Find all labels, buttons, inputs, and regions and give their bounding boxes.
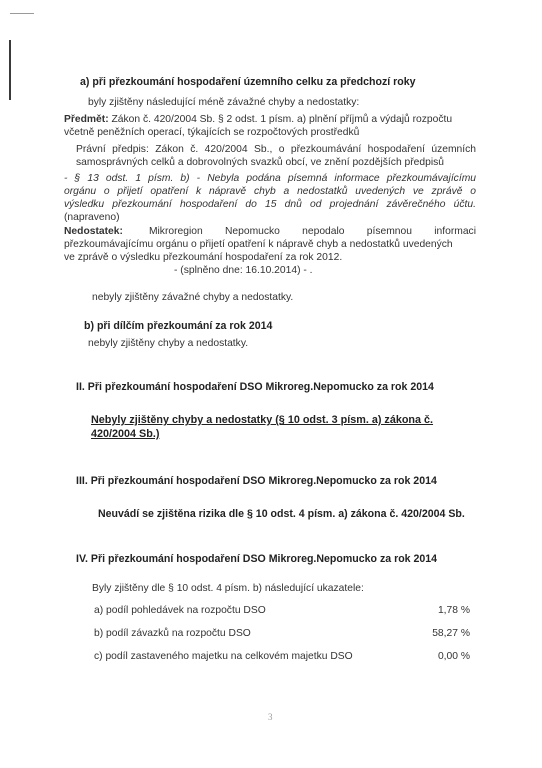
indicator-value-b: 58,27 % bbox=[410, 628, 470, 639]
section-a-intro: byly zjištěny následující méně závažné c… bbox=[88, 97, 359, 108]
section-IV-heading: IV. Při přezkoumání hospodaření DSO Mikr… bbox=[76, 553, 437, 565]
section-III-heading: III. Při přezkoumání hospodaření DSO Mik… bbox=[76, 475, 437, 487]
section-II-statement-line-1: Nebyly zjištěny chyby a nedostatky (§ 10… bbox=[91, 414, 433, 426]
indicator-label-c: c) podíl zastaveného majetku na celkovém… bbox=[94, 651, 353, 662]
section-II-statement-line-2: 420/2004 Sb.) bbox=[91, 428, 159, 440]
scan-mark-horizontal bbox=[10, 13, 34, 14]
subject-text: Zákon č. 420/2004 Sb. § 2 odst. 1 písm. … bbox=[109, 114, 452, 125]
subject-label: Předmět: bbox=[64, 114, 109, 125]
scan-mark-vertical bbox=[9, 40, 11, 100]
subject-line-1: Předmět: Zákon č. 420/2004 Sb. § 2 odst.… bbox=[64, 114, 452, 125]
fulfilled-date: - (splněno dne: 16.10.2014) - . bbox=[174, 265, 313, 276]
section-a-heading: a) při přezkoumání hospodaření územního … bbox=[80, 76, 416, 88]
subject-line-2: včetně peněžních operací, týkajících se … bbox=[64, 127, 359, 138]
deficiency-line-2: přezkoumávajícímu orgánu o přijetí opatř… bbox=[64, 239, 453, 250]
section-b-text: nebyly zjištěny chyby a nedostatky. bbox=[88, 338, 248, 349]
indicator-label-b: b) podíl závazků na rozpočtu DSO bbox=[94, 628, 251, 639]
deficiency-line-3: ve zprávě o výsledku přezkoumání hospoda… bbox=[64, 252, 342, 263]
indicator-label-a: a) podíl pohledávek na rozpočtu DSO bbox=[94, 605, 266, 616]
finding-line-3: výsledku přezkoumání hospodaření do 15 d… bbox=[64, 199, 476, 210]
section-III-statement: Neuvádí se zjištěna rizika dle § 10 odst… bbox=[98, 508, 465, 520]
deficiency-text: Mikroregion Nepomucko nepodalo písemnou … bbox=[123, 226, 476, 237]
page-number: 3 bbox=[268, 712, 273, 722]
deficiency-label: Nedostatek: bbox=[64, 226, 123, 237]
section-II-heading: II. Při přezkoumání hospodaření DSO Mikr… bbox=[76, 381, 434, 393]
deficiency-line-1: Nedostatek: Mikroregion Nepomucko nepoda… bbox=[64, 226, 476, 237]
indicator-value-a: 1,78 % bbox=[410, 605, 470, 616]
serious-errors-text: nebyly zjištěny závažné chyby a nedostat… bbox=[92, 292, 293, 303]
finding-status: (napraveno) bbox=[64, 212, 120, 223]
indicator-value-c: 0,00 % bbox=[410, 651, 470, 662]
finding-line-2: orgánu o přijetí opatření k nápravě chyb… bbox=[64, 186, 476, 197]
legal-line-1: Právní předpis: Zákon č. 420/2004 Sb., o… bbox=[76, 144, 476, 155]
section-b-heading: b) při dílčím přezkoumání za rok 2014 bbox=[84, 320, 272, 332]
finding-line-1: - § 13 odst. 1 písm. b) - Nebyla podána … bbox=[64, 173, 476, 184]
section-IV-intro: Byly zjištěny dle § 10 odst. 4 písm. b) … bbox=[92, 583, 364, 594]
legal-line-2: samosprávných celků a dobrovolných svazk… bbox=[76, 157, 444, 168]
